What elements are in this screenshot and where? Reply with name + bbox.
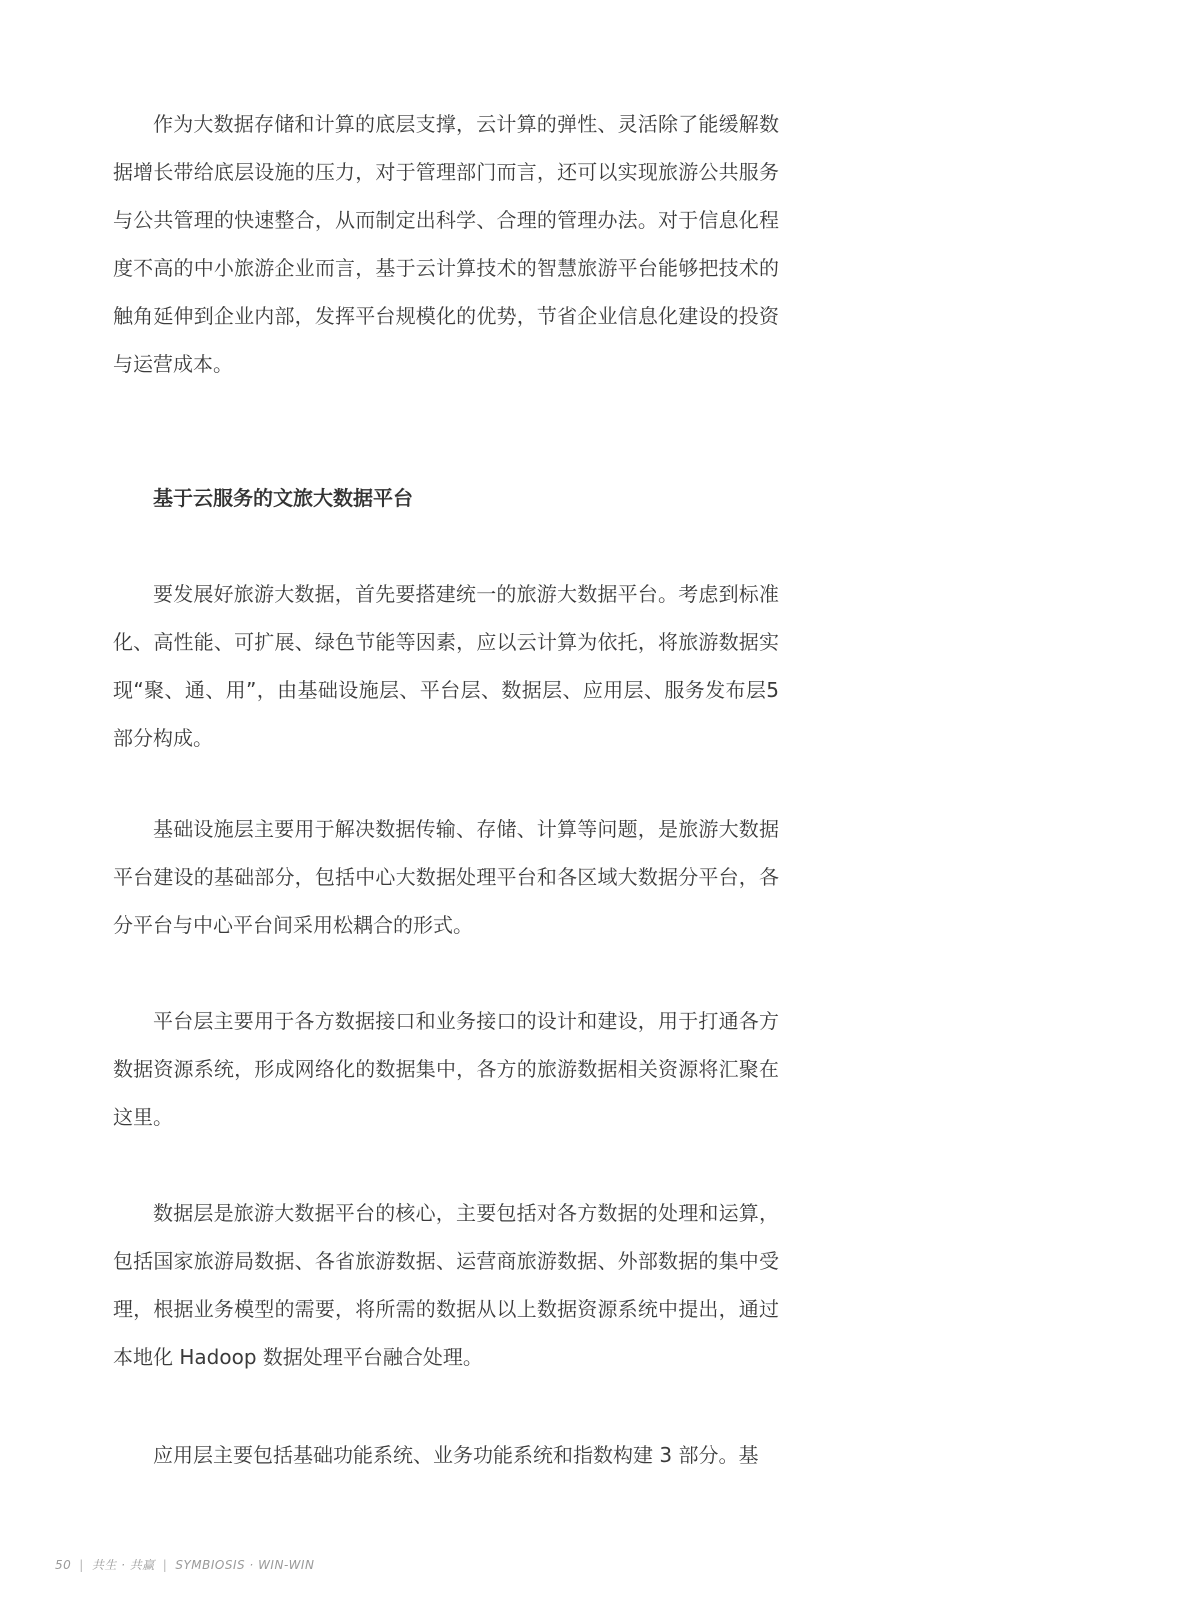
document-page: 作为大数据存储和计算的底层支撑，云计算的弹性、灵活除了能缓解数据增长带给底层设施… xyxy=(0,0,1192,1616)
footer-separator: | xyxy=(79,1558,84,1572)
paragraph-infrastructure-layer: 基础设施层主要用于解决数据传输、存储、计算等问题，是旅游大数据平台建设的基础部分… xyxy=(113,805,779,949)
paragraph-block: 要发展好旅游大数据，首先要搭建统一的旅游大数据平台。考虑到标准化、高性能、可扩展… xyxy=(113,570,779,762)
paragraph-data-layer: 数据层是旅游大数据平台的核心，主要包括对各方数据的处理和运算，包括国家旅游局数据… xyxy=(113,1189,779,1381)
paragraph-cloud-computing: 作为大数据存储和计算的底层支撑，云计算的弹性、灵活除了能缓解数据增长带给底层设施… xyxy=(113,100,779,388)
footer-title-cn: 共生 · 共赢 xyxy=(92,1556,155,1573)
page-number: 50 xyxy=(55,1558,71,1572)
paragraph-block: 基础设施层主要用于解决数据传输、存储、计算等问题，是旅游大数据平台建设的基础部分… xyxy=(113,805,779,949)
footer-separator: | xyxy=(163,1558,168,1572)
section-heading: 基于云服务的文旅大数据平台 xyxy=(153,484,413,512)
paragraph-block: 平台层主要用于各方数据接口和业务接口的设计和建设，用于打通各方数据资源系统，形成… xyxy=(113,997,779,1141)
paragraph-platform-layer: 平台层主要用于各方数据接口和业务接口的设计和建设，用于打通各方数据资源系统，形成… xyxy=(113,997,779,1141)
footer-title-en: SYMBIOSIS · WIN-WIN xyxy=(175,1558,314,1572)
paragraph-block: 应用层主要包括基础功能系统、业务功能系统和指数构建 3 部分。基 xyxy=(113,1431,779,1479)
paragraph-block: 数据层是旅游大数据平台的核心，主要包括对各方数据的处理和运算，包括国家旅游局数据… xyxy=(113,1189,779,1381)
paragraph-application-layer: 应用层主要包括基础功能系统、业务功能系统和指数构建 3 部分。基 xyxy=(113,1431,779,1479)
page-footer: 50 | 共生 · 共赢 | SYMBIOSIS · WIN-WIN xyxy=(55,1556,314,1573)
paragraph-platform-intro: 要发展好旅游大数据，首先要搭建统一的旅游大数据平台。考虑到标准化、高性能、可扩展… xyxy=(113,570,779,762)
paragraph-block: 作为大数据存储和计算的底层支撑，云计算的弹性、灵活除了能缓解数据增长带给底层设施… xyxy=(113,100,779,388)
